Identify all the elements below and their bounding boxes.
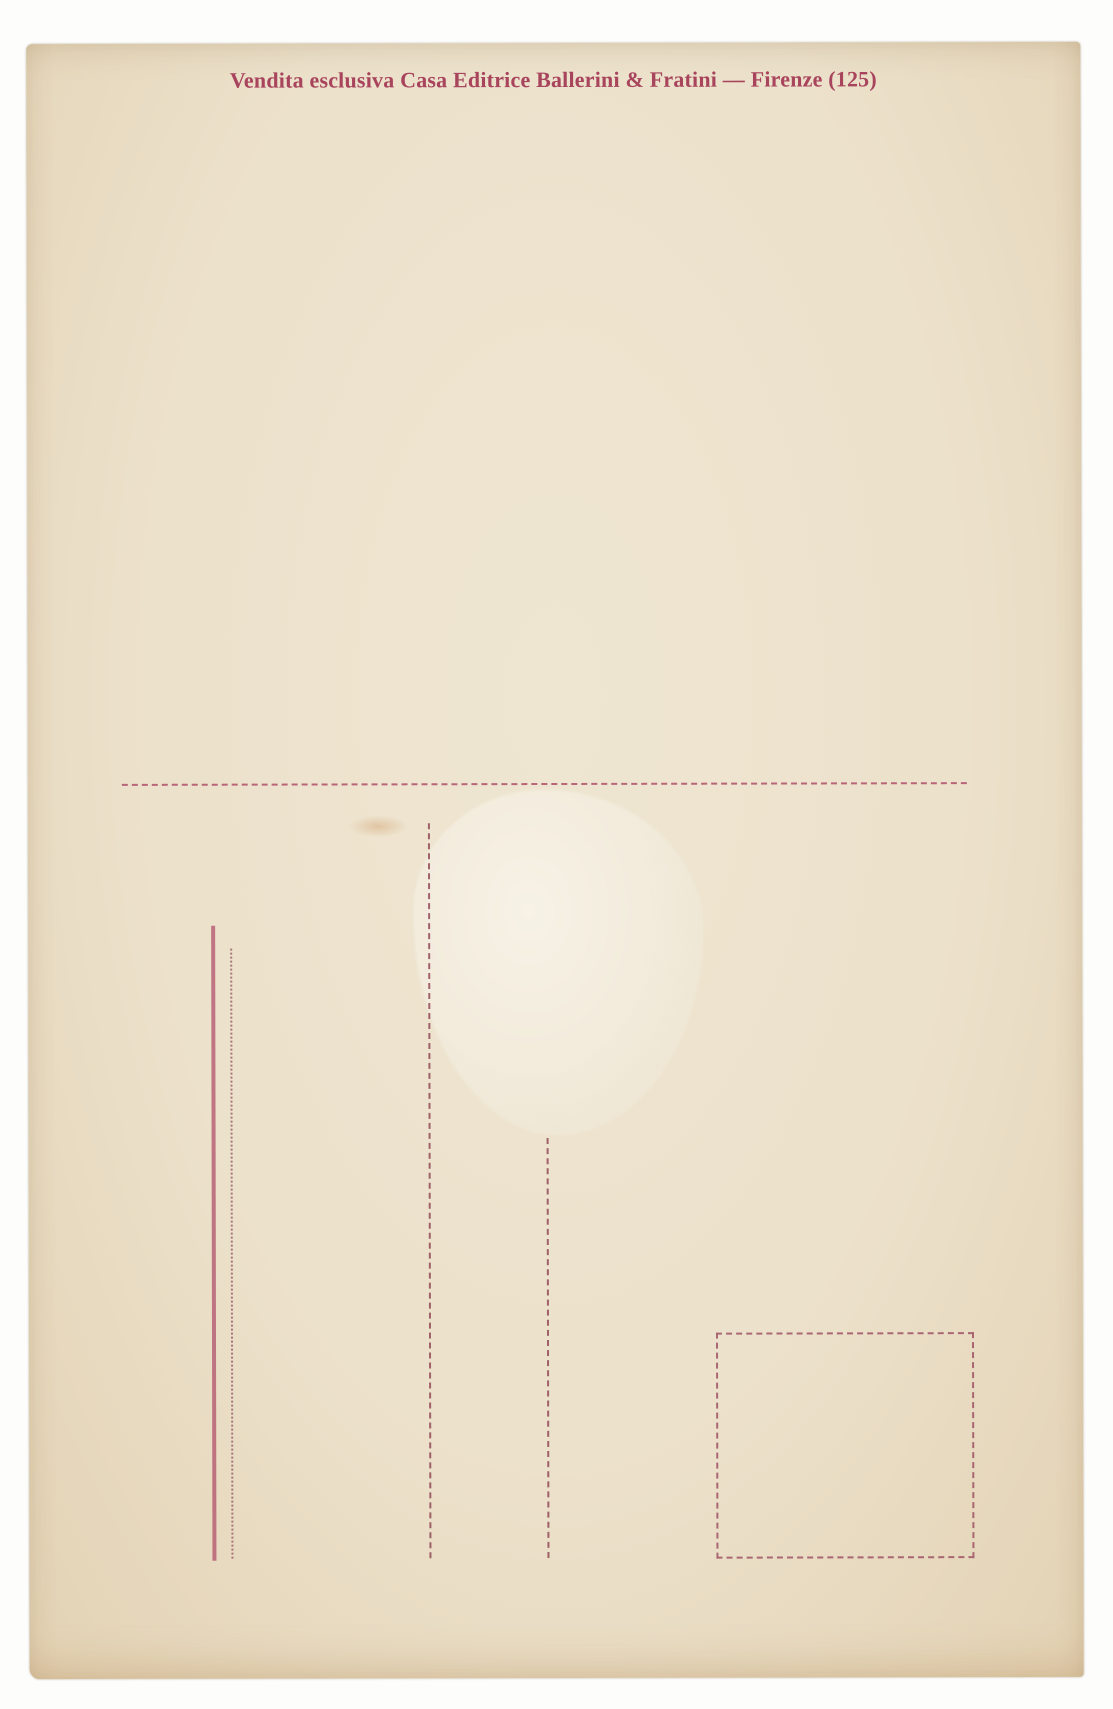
stamp-box <box>716 1332 974 1559</box>
postcard-back: Vendita esclusiva Casa Editrice Ballerin… <box>26 42 1083 1679</box>
age-stain <box>348 815 408 837</box>
address-line-left-thick <box>211 926 216 1561</box>
publisher-imprint: Vendita esclusiva Casa Editrice Ballerin… <box>26 66 1080 94</box>
address-line-left-dotted <box>230 949 233 1559</box>
horizontal-divider <box>122 782 967 786</box>
address-line-right <box>547 1138 550 1558</box>
abraded-paper-patch <box>413 790 704 1136</box>
